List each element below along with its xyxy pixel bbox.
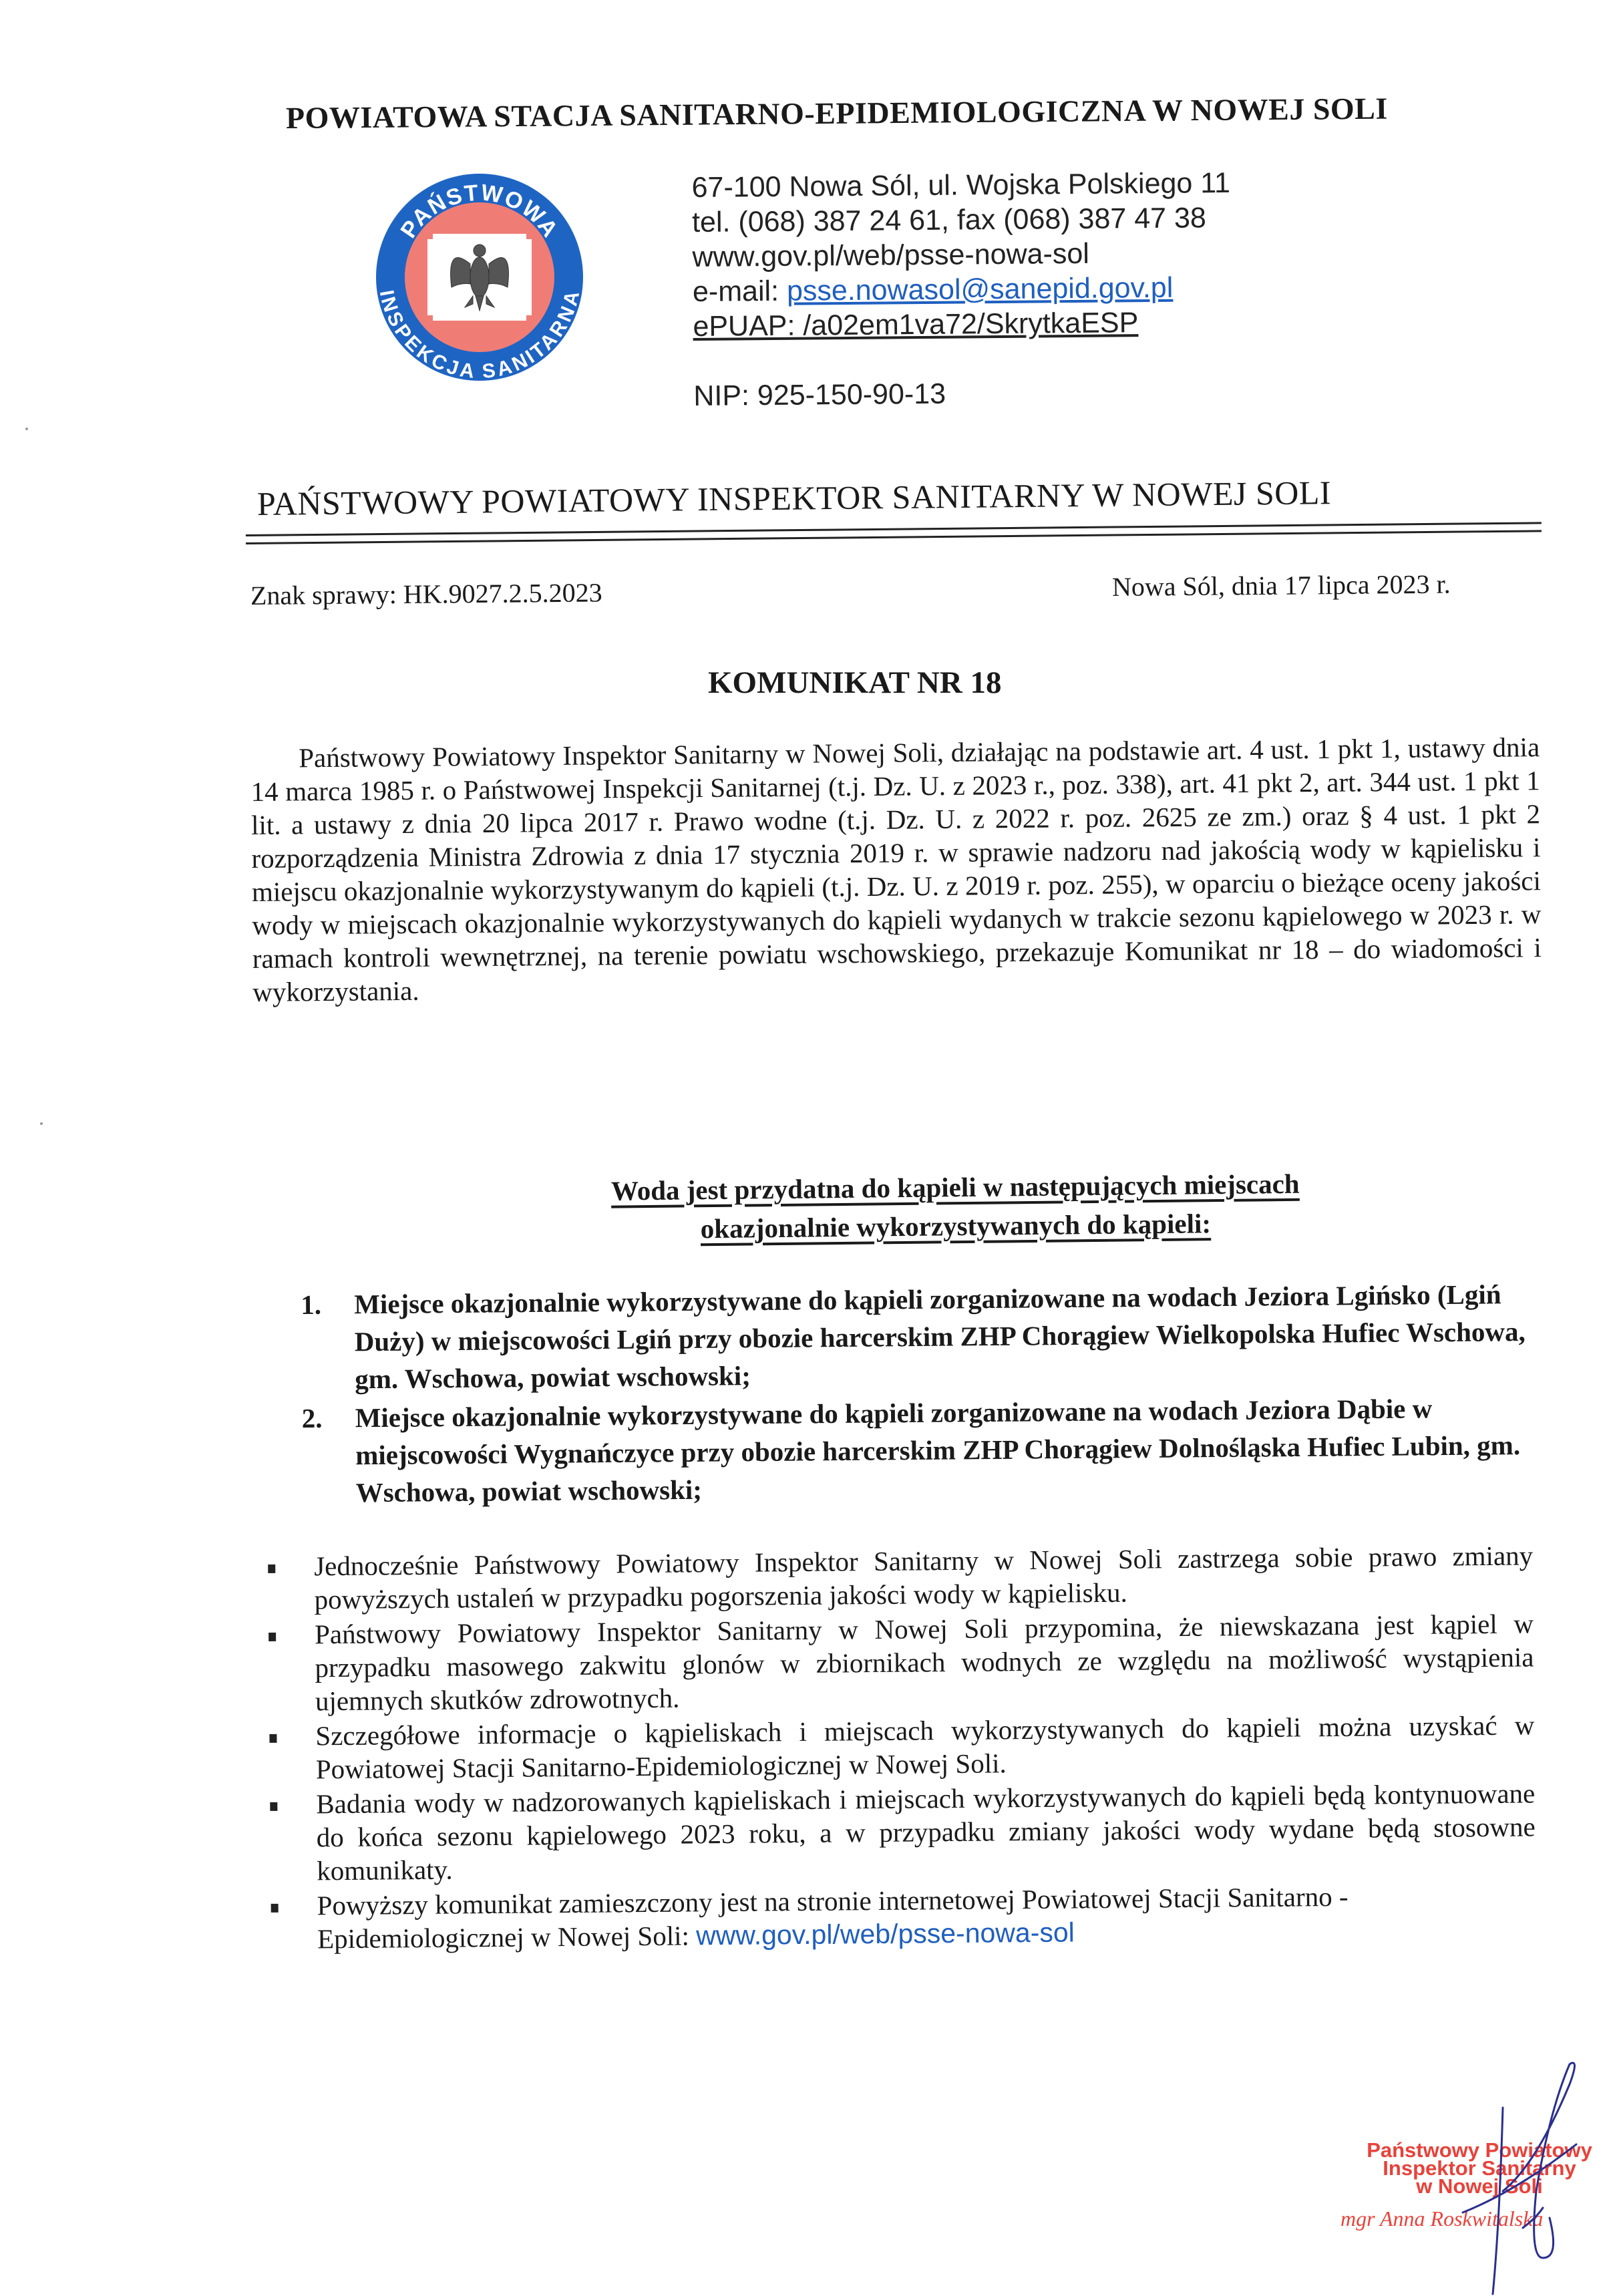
scan-artifact <box>40 1122 43 1125</box>
inspector-title: PAŃSTWOWY POWIATOWY INSPEKTOR SANITARNY … <box>257 471 1527 523</box>
list-item: 1. Miejsce okazjonalnie wykorzystywane d… <box>301 1275 1544 1398</box>
email-line: e-mail: psse.nowasol@sanepid.gov.pl <box>693 270 1232 309</box>
address: 67-100 Nowa Sól, ul. Wojska Polskiego 11 <box>691 166 1230 205</box>
item-text: Miejsce okazjonalnie wykorzystywane do k… <box>355 1389 1544 1512</box>
place-date: Nowa Sól, dnia 17 lipca 2023 r. <box>1112 568 1451 603</box>
epuap-address: ePUAP: /a02em1va72/SkrytkaESP <box>693 305 1232 344</box>
list-item: Jednocześnie Państwowy Powiatowy Inspekt… <box>264 1538 1534 1617</box>
square-bullet-icon <box>266 1787 317 1888</box>
intro-paragraph: Państwowy Powiatowy Inspektor Sanitarny … <box>250 730 1542 1009</box>
website-link[interactable]: www.gov.pl/web/psse-nowa-sol <box>696 1917 1075 1951</box>
square-bullet-icon <box>264 1549 315 1617</box>
email-link[interactable]: psse.nowasol@sanepid.gov.pl <box>787 272 1174 307</box>
square-bullet-icon <box>265 1719 316 1786</box>
case-number: Znak sprawy: HK.9027.2.5.2023 <box>250 577 602 611</box>
email-label: e-mail: <box>693 275 787 308</box>
note-text: Jednocześnie Państwowy Powiatowy Inspekt… <box>314 1538 1534 1616</box>
square-bullet-icon <box>264 1617 315 1718</box>
note-text: Szczegółowe informacje o kąpieliskach i … <box>315 1708 1535 1786</box>
note-text: Badania wody w nadzorowanych kąpieliskac… <box>316 1776 1536 1887</box>
square-bullet-icon <box>266 1889 317 1956</box>
item-text: Miejsce okazjonalnie wykorzystywane do k… <box>354 1275 1544 1398</box>
contact-block: 67-100 Nowa Sól, ul. Wojska Polskiego 11… <box>691 166 1232 414</box>
phone-fax: tel. (068) 387 24 61, fax (068) 387 47 3… <box>692 200 1231 240</box>
item-number: 2. <box>301 1399 355 1512</box>
section-heading-line2: okazjonalnie wykorzystywanych do kąpieli… <box>701 1208 1212 1244</box>
scan-artifact <box>25 428 28 430</box>
notes-list: Jednocześnie Państwowy Powiatowy Inspekt… <box>264 1538 1536 1957</box>
document-title: KOMUNIKAT NR 18 <box>708 665 1002 701</box>
note-text-with-link: Powyższy komunikat zamieszczony jest na … <box>317 1878 1536 1955</box>
sanitary-inspection-logo-icon: PAŃSTWOWA INSPEKCJA SANITARNA <box>373 170 586 384</box>
document-page: POWIATOWA STACJA SANITARNO-EPIDEMIOLOGIC… <box>0 0 1609 2296</box>
list-item: Szczegółowe informacje o kąpieliskach i … <box>265 1708 1535 1786</box>
list-item: 2. Miejsce okazjonalnie wykorzystywane d… <box>301 1389 1544 1512</box>
handwritten-signature-icon <box>1436 2058 1609 2296</box>
list-item: Powyższy komunikat zamieszczony jest na … <box>266 1878 1536 1956</box>
note-text: Państwowy Powiatowy Inspektor Sanitarny … <box>315 1607 1534 1717</box>
header-divider <box>246 522 1542 544</box>
list-item: Państwowy Powiatowy Inspektor Sanitarny … <box>264 1607 1534 1718</box>
website: www.gov.pl/web/psse-nowa-sol <box>692 235 1231 275</box>
list-item: Badania wody w nadzorowanych kąpieliskac… <box>266 1776 1536 1888</box>
section-heading-line1: Woda jest przydatna do kąpieli w następu… <box>611 1168 1300 1206</box>
item-number: 1. <box>301 1285 355 1398</box>
locations-list: 1. Miejsce okazjonalnie wykorzystywane d… <box>301 1275 1545 1513</box>
organization-name: POWIATOWA STACJA SANITARNO-EPIDEMIOLOGIC… <box>286 90 1488 136</box>
nip-number: NIP: 925-150-90-13 <box>693 374 1232 414</box>
section-heading: Woda jest przydatna do kąpieli w następu… <box>521 1163 1390 1250</box>
